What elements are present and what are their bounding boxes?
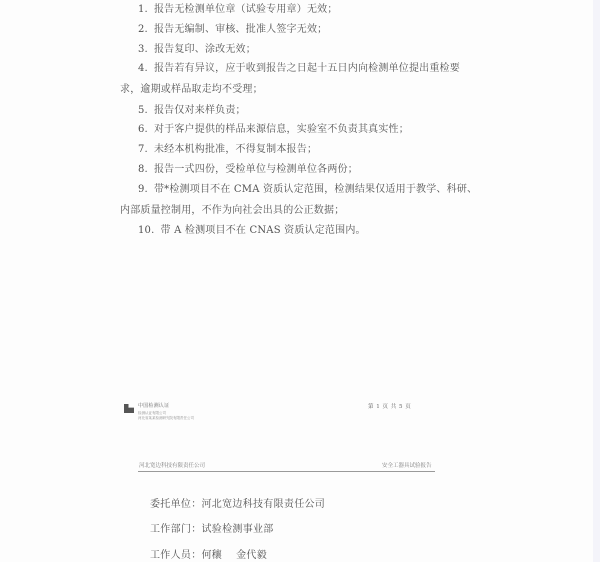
note-text: 报告若有异议，应于收到报告之日起十五日内向检测单位提出重检要	[154, 63, 460, 74]
note-number: 10.	[138, 225, 155, 237]
note-item-3: 3.报告复印、涂改无效；	[138, 44, 256, 56]
note-item-6: 6.对于客户提供的样品来源信息，实验室不负责其真实性；	[138, 124, 409, 136]
note-text: 内部质量控制用，不作为向社会出具的公正数据；	[120, 205, 344, 216]
note-text: 对于客户提供的样品来源信息，实验室不负责其真实性；	[154, 124, 409, 135]
note-text: 带 A 检测项目不在 CNAS 资质认定范围内。	[161, 225, 366, 236]
note-item-2: 2.报告无编制、审核、批准人签字无效；	[138, 24, 327, 36]
header-divider	[138, 471, 435, 472]
note-text: 报告无检测单位章（试验专用章）无效；	[154, 4, 338, 15]
footer-logo: 中国检测认证 检测认证有限公司 河北省某某检测研究院有限责任公司	[124, 403, 234, 425]
note-text: 未经本机构批准，不得复制本报告；	[154, 144, 317, 155]
info-value: 河北宽边科技有限责任公司	[202, 499, 326, 510]
note-item-4: 4.报告若有异议，应于收到报告之日起十五日内向检测单位提出重检要	[138, 63, 460, 75]
note-text: 报告仅对来样负责；	[154, 105, 246, 116]
info-label: 委托单位：	[150, 499, 202, 510]
info-label: 工作部门：	[150, 524, 202, 535]
note-number: 4.	[138, 63, 148, 75]
note-number: 1.	[138, 4, 148, 16]
note-item-5: 5.报告仅对来样负责；	[138, 105, 246, 117]
info-staff: 工作人员：何穰金代毅	[150, 549, 267, 562]
viewer-scroll-edge	[593, 0, 600, 562]
info-label: 工作人员：	[150, 550, 202, 561]
info-client: 委托单位：河北宽边科技有限责任公司	[150, 498, 325, 512]
note-item-8: 8.报告一式四份，受检单位与检测单位各两份；	[138, 164, 358, 176]
note-number: 6.	[138, 124, 148, 136]
note-number: 5.	[138, 105, 148, 117]
document-viewer: 1.报告无检测单位章（试验专用章）无效； 2.报告无编制、审核、批准人签字无效；…	[0, 0, 600, 562]
logo-subtitle-2: 河北省某某检测研究院有限责任公司	[138, 416, 194, 421]
info-value: 试验检测事业部	[202, 524, 274, 535]
next-page-header-title: 安全工器具试验报告	[382, 462, 432, 470]
note-item-9-continued: 内部质量控制用，不作为向社会出具的公正数据；	[120, 205, 344, 217]
company-logo-icon	[124, 404, 134, 413]
note-item-7: 7.未经本机构批准，不得复制本报告；	[138, 144, 317, 156]
note-text: 报告无编制、审核、批准人签字无效；	[154, 24, 327, 35]
next-page-header-company: 河北宽边科技有限责任公司	[139, 462, 205, 470]
note-number: 9.	[138, 184, 148, 196]
page-break	[0, 440, 600, 441]
info-value: 何穰	[202, 550, 223, 561]
note-number: 7.	[138, 144, 148, 156]
note-number: 3.	[138, 44, 148, 56]
note-item-1: 1.报告无检测单位章（试验专用章）无效；	[138, 4, 338, 16]
info-department: 工作部门：试验检测事业部	[150, 523, 274, 537]
note-text: 报告一式四份，受检单位与检测单位各两份；	[154, 164, 358, 175]
note-text: 报告复印、涂改无效；	[154, 44, 256, 55]
page-number: 第 1 页 共 5 页	[368, 403, 411, 411]
note-text: 求，逾期或样品取走均不受理；	[120, 84, 263, 95]
logo-title: 中国检测认证	[138, 403, 169, 410]
info-value-2: 金代毅	[236, 550, 267, 561]
note-number: 2.	[138, 24, 148, 36]
note-item-4-continued: 求，逾期或样品取走均不受理；	[120, 84, 263, 96]
note-number: 8.	[138, 164, 148, 176]
note-text: 带*检测项目不在 CMA 资质认定范围，检测结果仅适用于教学、科研、	[154, 184, 477, 195]
note-item-10: 10.带 A 检测项目不在 CNAS 资质认定范围内。	[138, 225, 366, 237]
note-item-9: 9.带*检测项目不在 CMA 资质认定范围，检测结果仅适用于教学、科研、	[138, 184, 477, 196]
